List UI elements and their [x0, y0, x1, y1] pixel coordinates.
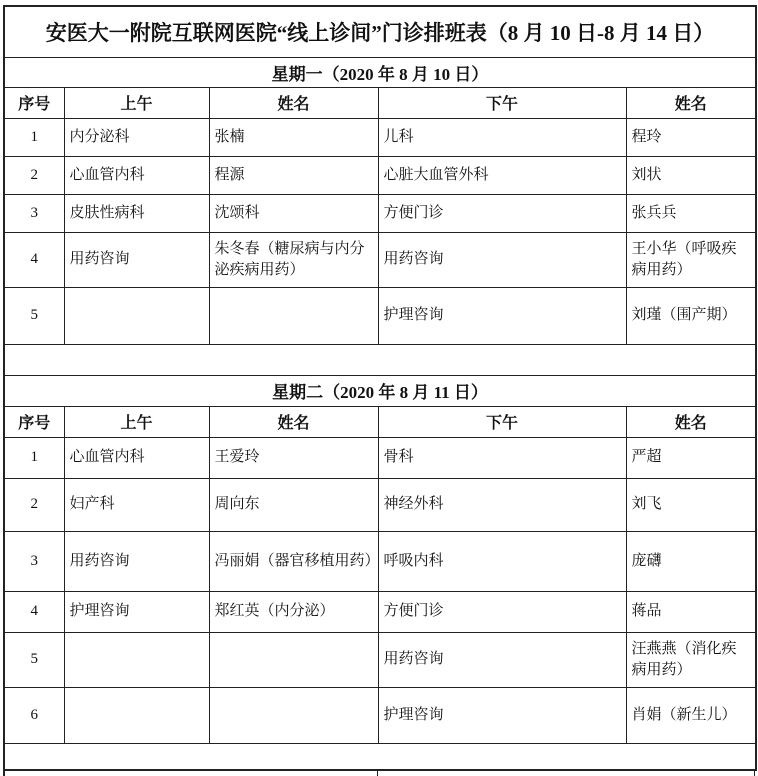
- cell-afternoon-name: 程玲: [626, 118, 756, 156]
- table-row: 1内分泌科张楠儿科程玲: [4, 118, 756, 156]
- cell-morning-dept: 心血管内科: [64, 437, 209, 478]
- cell-morning-dept: 内分泌科: [64, 118, 209, 156]
- column-header: 上午: [64, 406, 209, 437]
- cell-afternoon-dept: 用药咨询: [378, 232, 626, 287]
- cell-morning-name: [209, 632, 378, 687]
- cell-afternoon-name: 汪燕燕（消化疾病用药）: [626, 632, 756, 687]
- column-header: 姓名: [209, 406, 378, 437]
- empty-row: [4, 344, 756, 375]
- cell-seq: 1: [4, 437, 64, 478]
- cell-afternoon-dept: 呼吸内科: [378, 531, 626, 591]
- cell-morning-dept: 用药咨询: [64, 232, 209, 287]
- table-row: 3用药咨询冯丽娟（器官移植用药）呼吸内科庞礴: [4, 531, 756, 591]
- table-row: 5用药咨询汪燕燕（消化疾病用药）: [4, 632, 756, 687]
- cell-seq: 4: [4, 591, 64, 632]
- cell-seq: 2: [4, 156, 64, 194]
- table-row: 2心血管内科程源心脏大血管外科刘状: [4, 156, 756, 194]
- empty-row-cell: [4, 743, 756, 770]
- cell-morning-dept: [64, 287, 209, 344]
- cell-afternoon-dept: 护理咨询: [378, 687, 626, 743]
- cell-afternoon-dept: 儿科: [378, 118, 626, 156]
- cell-morning-name: 张楠: [209, 118, 378, 156]
- cell-morning-name: 郑红英（内分泌）: [209, 591, 378, 632]
- column-header: 上午: [64, 87, 209, 118]
- cell-afternoon-name: 王小华（呼吸疾病用药）: [626, 232, 756, 287]
- cell-afternoon-name: 刘状: [626, 156, 756, 194]
- cell-afternoon-name: 刘瑾（围产期）: [626, 287, 756, 344]
- column-header: 序号: [4, 87, 64, 118]
- cell-seq: 6: [4, 687, 64, 743]
- cell-afternoon-dept: 方便门诊: [378, 591, 626, 632]
- cell-seq: 4: [4, 232, 64, 287]
- cell-morning-name: 周向东: [209, 478, 378, 531]
- cell-afternoon-name: 严超: [626, 437, 756, 478]
- cell-morning-dept: 护理咨询: [64, 591, 209, 632]
- cell-morning-dept: 用药咨询: [64, 531, 209, 591]
- section-heading-row: 星期一（2020 年 8 月 10 日）: [4, 57, 756, 87]
- column-header: 下午: [378, 87, 626, 118]
- cell-morning-dept: 心血管内科: [64, 156, 209, 194]
- cell-morning-dept: [64, 632, 209, 687]
- column-header: 姓名: [626, 406, 756, 437]
- cell-afternoon-name: 刘飞: [626, 478, 756, 531]
- cell-morning-name: 沈颂科: [209, 194, 378, 232]
- cell-afternoon-dept: 心脏大血管外科: [378, 156, 626, 194]
- table-row: 4用药咨询朱冬春（糖尿病与内分泌疾病用药）用药咨询王小华（呼吸疾病用药）: [4, 232, 756, 287]
- schedule-table: 安医大一附院互联网医院“线上诊间”门诊排班表（8 月 10 日-8 月 14 日…: [3, 5, 757, 771]
- cell-morning-name: 程源: [209, 156, 378, 194]
- cell-morning-name: 王爱玲: [209, 437, 378, 478]
- table-row: 1心血管内科王爱玲骨科严超: [4, 437, 756, 478]
- cell-morning-name: 冯丽娟（器官移植用药）: [209, 531, 378, 591]
- column-header: 姓名: [626, 87, 756, 118]
- cell-afternoon-dept: 用药咨询: [378, 632, 626, 687]
- column-header: 下午: [378, 406, 626, 437]
- cell-morning-dept: 皮肤性病科: [64, 194, 209, 232]
- cell-afternoon-name: 蒋品: [626, 591, 756, 632]
- table-row: 4护理咨询郑红英（内分泌）方便门诊蒋品: [4, 591, 756, 632]
- column-header: 序号: [4, 406, 64, 437]
- cell-morning-dept: [64, 687, 209, 743]
- table-row: 6护理咨询肖娟（新生儿）: [4, 687, 756, 743]
- cell-morning-name: [209, 287, 378, 344]
- column-header-row: 序号上午姓名下午姓名: [4, 406, 756, 437]
- section-heading-row: 星期二（2020 年 8 月 11 日）: [4, 375, 756, 406]
- cutoff-column-border: [377, 771, 378, 776]
- column-header: 姓名: [209, 87, 378, 118]
- document-title: 安医大一附院互联网医院“线上诊间”门诊排班表（8 月 10 日-8 月 14 日…: [4, 6, 756, 57]
- empty-row-cell: [4, 344, 756, 375]
- cell-afternoon-dept: 护理咨询: [378, 287, 626, 344]
- cell-seq: 3: [4, 194, 64, 232]
- empty-row: [4, 743, 756, 770]
- cell-seq: 2: [4, 478, 64, 531]
- cell-afternoon-dept: 神经外科: [378, 478, 626, 531]
- section-heading: 星期二（2020 年 8 月 11 日）: [4, 375, 756, 406]
- cell-seq: 3: [4, 531, 64, 591]
- table-row: 5护理咨询刘瑾（围产期）: [4, 287, 756, 344]
- table-row: 2妇产科周向东神经外科刘飞: [4, 478, 756, 531]
- column-header-row: 序号上午姓名下午姓名: [4, 87, 756, 118]
- cell-morning-name: [209, 687, 378, 743]
- next-section-cutoff: [3, 771, 755, 776]
- cell-morning-dept: 妇产科: [64, 478, 209, 531]
- cell-afternoon-dept: 骨科: [378, 437, 626, 478]
- cell-seq: 1: [4, 118, 64, 156]
- section-heading: 星期一（2020 年 8 月 10 日）: [4, 57, 756, 87]
- cell-seq: 5: [4, 287, 64, 344]
- cell-afternoon-name: 庞礴: [626, 531, 756, 591]
- cell-afternoon-dept: 方便门诊: [378, 194, 626, 232]
- cell-seq: 5: [4, 632, 64, 687]
- schedule-document: 安医大一附院互联网医院“线上诊间”门诊排班表（8 月 10 日-8 月 14 日…: [0, 0, 758, 776]
- cell-morning-name: 朱冬春（糖尿病与内分泌疾病用药）: [209, 232, 378, 287]
- cell-afternoon-name: 肖娟（新生儿）: [626, 687, 756, 743]
- table-row: 3皮肤性病科沈颂科方便门诊张兵兵: [4, 194, 756, 232]
- title-row: 安医大一附院互联网医院“线上诊间”门诊排班表（8 月 10 日-8 月 14 日…: [4, 6, 756, 57]
- cell-afternoon-name: 张兵兵: [626, 194, 756, 232]
